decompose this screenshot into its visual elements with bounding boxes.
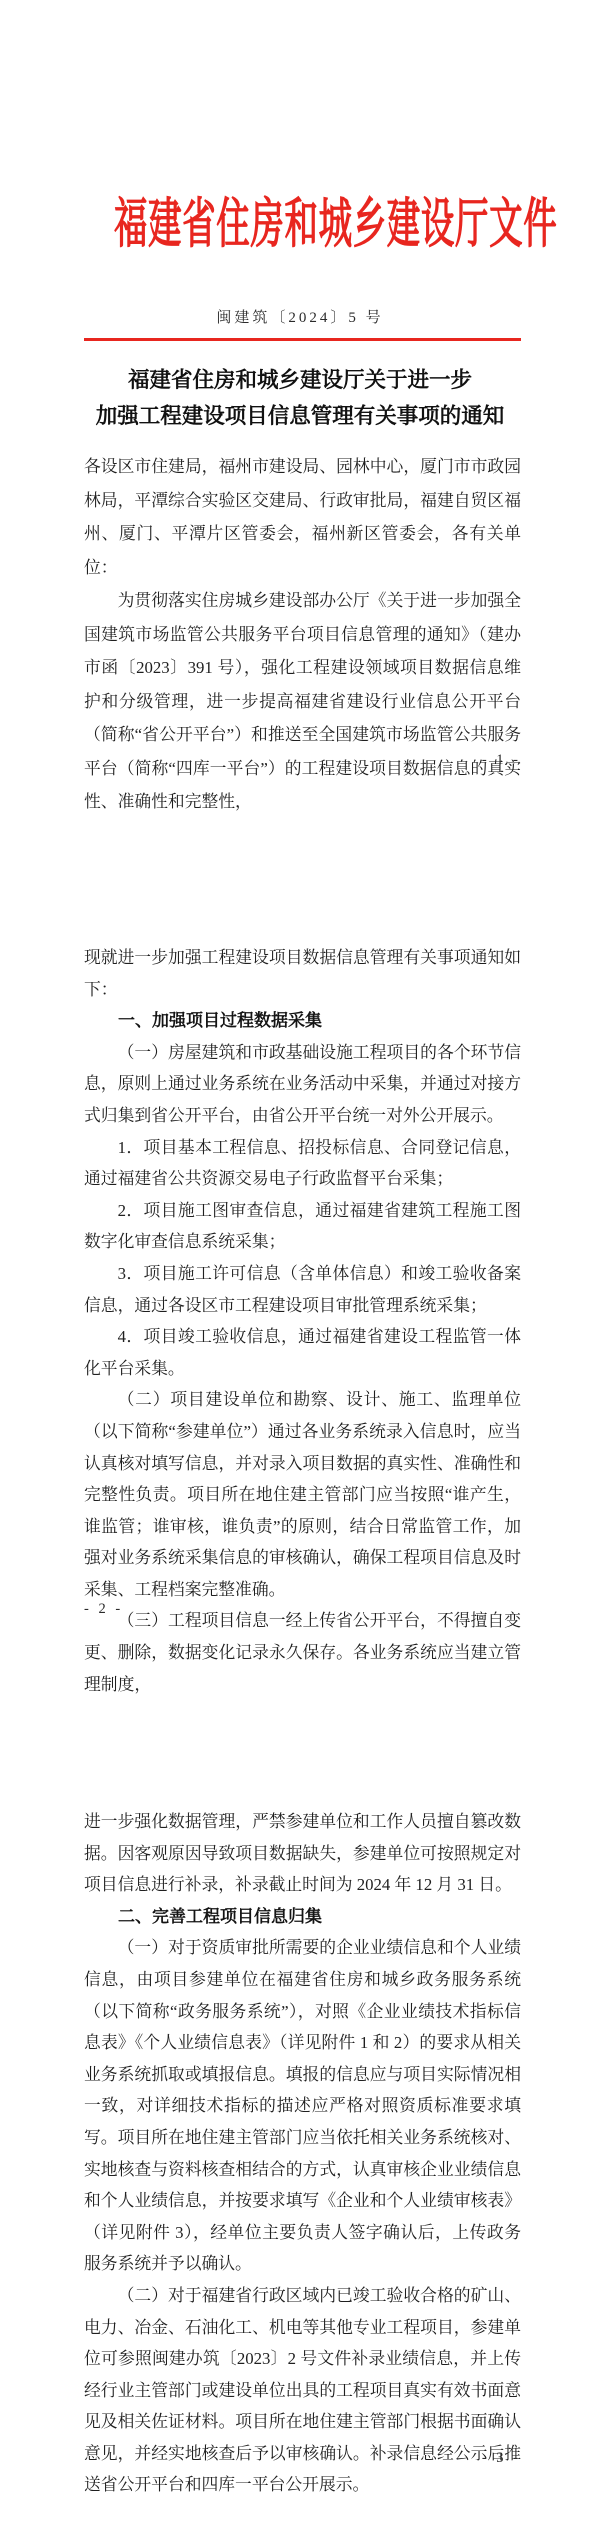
document-title: 福建省住房和城乡建设厅关于进一步 加强工程建设项目信息管理有关事项的通知 [40,362,560,434]
page-2-body: 现就进一步加强工程建设项目数据信息管理有关事项通知如下： 一、加强项目过程数据采… [84,942,521,1700]
letterhead-divider-rule [84,338,521,341]
list-item-1: 1．项目基本工程信息、招投标信息、合同登记信息，通过福建省公共资源交易电子行政监… [84,1132,521,1195]
body-paragraph: （一）房屋建筑和市政基础设施工程项目的各个环节信息，原则上通过业务系统在业务活动… [84,1037,521,1132]
list-item-2: 2．项目施工图审查信息，通过福建省建筑工程施工图数字化审查信息系统采集； [84,1195,521,1258]
body-paragraph: （二）对于福建省行政区域内已竣工验收合格的矿山、电力、冶金、石油化工、机电等其他… [84,2280,521,2501]
letterhead-org-title: 福建省住房和城乡建设厅文件 [114,197,486,251]
document-scan: 福建省住房和城乡建设厅文件 闽建筑〔2024〕5 号 福建省住房和城乡建设厅关于… [0,0,600,2544]
section-heading-2: 二、完善工程项目信息归集 [84,1901,521,1933]
page-number-2: - 2 - [84,1601,521,1618]
body-paragraph: （一）对于资质审批所需要的企业业绩信息和个人业绩信息，由项目参建单位在福建省住房… [84,1932,521,2280]
list-item-3: 3．项目施工许可信息（含单体信息）和竣工验收备案信息，通过各设区市工程建设项目审… [84,1258,521,1321]
body-paragraph: （三）工程项目信息一经上传省公开平台，不得擅自变更、删除，数据变化记录永久保存。… [84,1605,521,1700]
document-title-line2: 加强工程建设项目信息管理有关事项的通知 [96,404,505,428]
body-paragraph: 进一步强化数据管理，严禁参建单位和工作人员擅自篡改数据。因客观原因导致项目数据缺… [84,1806,521,1901]
section-heading-1: 一、加强项目过程数据采集 [84,1005,521,1037]
document-title-line1: 福建省住房和城乡建设厅关于进一步 [128,368,472,392]
page-number-1: - 1 - [84,752,521,769]
page-3-body: 进一步强化数据管理，严禁参建单位和工作人员擅自篡改数据。因客观原因导致项目数据缺… [84,1806,521,2501]
page-number-3: - 3 - [84,2450,521,2467]
list-item-4: 4．项目竣工验收信息，通过福建省建设工程监管一体化平台采集。 [84,1321,521,1384]
body-paragraph: 为贯彻落实住房城乡建设部办公厅《关于进一步加强全国建筑市场监管公共服务平台项目信… [84,584,521,819]
body-paragraph: （二）项目建设单位和勘察、设计、施工、监理单位（以下简称“参建单位”）通过各业务… [84,1384,521,1605]
body-paragraph: 现就进一步加强工程建设项目数据信息管理有关事项通知如下： [84,942,521,1005]
document-number: 闽建筑〔2024〕5 号 [0,306,600,327]
addressees-paragraph: 各设区市住建局，福州市建设局、园林中心，厦门市市政园林局，平潭综合实验区交建局、… [84,450,521,584]
